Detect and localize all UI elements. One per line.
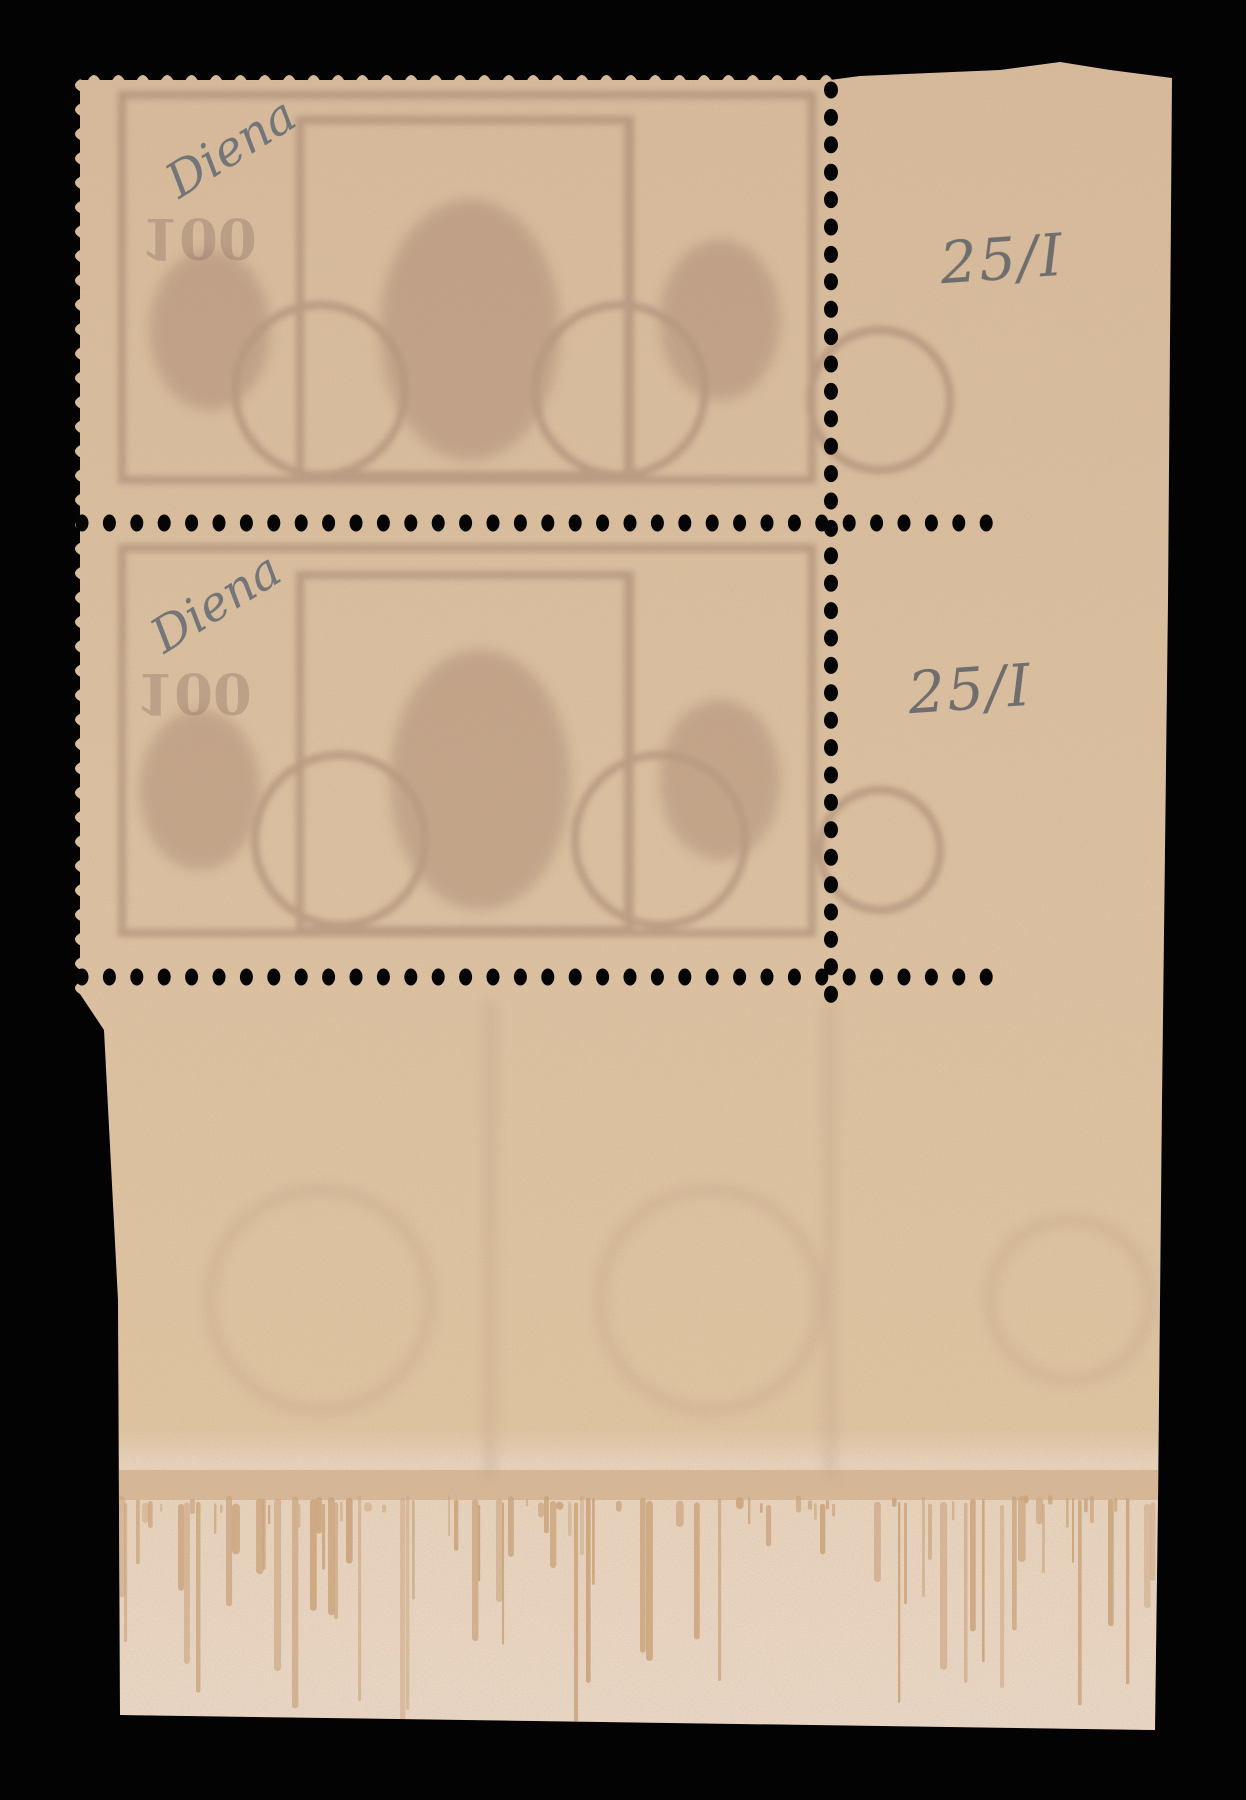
mirrored-value-middle: 100 (135, 660, 252, 726)
pencil-note-middle: 25/I (906, 651, 1035, 728)
mirrored-value-top: 100 (140, 205, 257, 271)
photo-scene: Diena Diena 25/I 25/I 100 100 (0, 0, 1246, 1800)
pencil-note-top: 25/I (938, 221, 1067, 298)
